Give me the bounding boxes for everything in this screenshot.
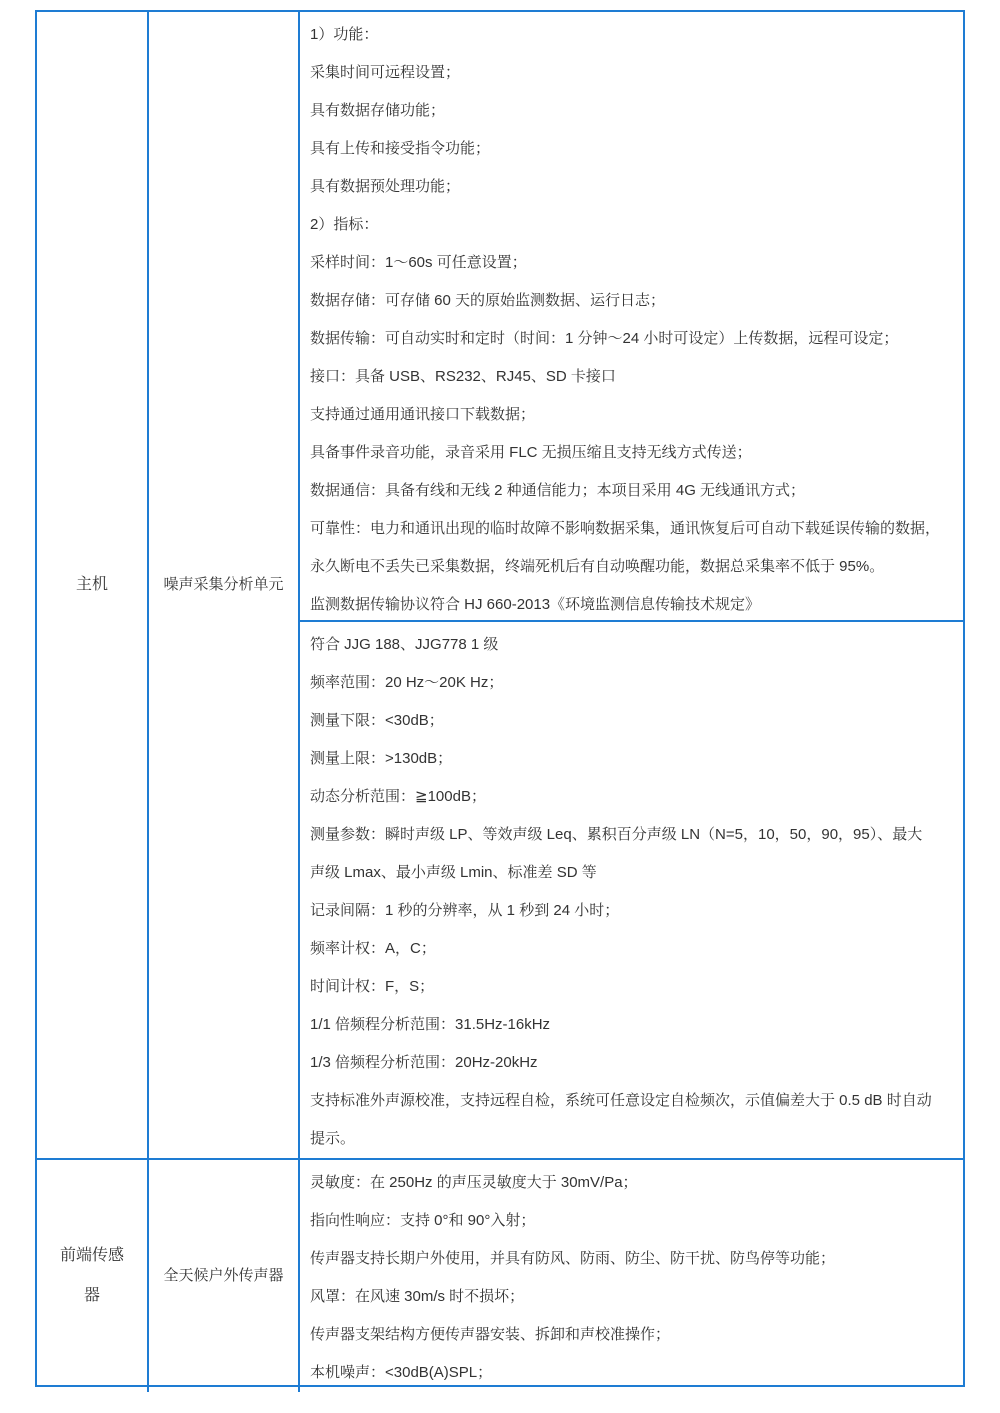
spec-line: 1）功能： <box>310 16 951 54</box>
spec-cell-function-indicators: 1）功能：采集时间可远程设置；具有数据存储功能；具有上传和接受指令功能；具有数据… <box>300 12 963 622</box>
spec-line: 频率范围：20 Hz～20K Hz； <box>310 664 951 702</box>
component-label-noise-unit: 噪声采集分析单元 <box>163 574 283 596</box>
spec-line: 指向性响应：支持 0°和 90°入射； <box>310 1202 951 1240</box>
spec-line: 传声器支持长期户外使用，并具有防风、防雨、防尘、防干扰、防鸟停等功能； <box>310 1240 951 1278</box>
spec-line: 采样时间：1～60s 可任意设置； <box>310 244 951 282</box>
spec-cell-performance: 符合 JJG 188、JJG778 1 级频率范围：20 Hz～20K Hz；测… <box>300 622 963 1158</box>
spec-line: 记录间隔：1 秒的分辨率，从 1 秒到 24 小时； <box>310 892 951 930</box>
component-cell-noise-unit: 噪声采集分析单元 <box>149 12 300 1158</box>
spec-line: 2）指标： <box>310 206 951 244</box>
spec-line: 1/3 倍频程分析范围：20Hz-20kHz <box>310 1044 951 1082</box>
component-label-outdoor-mic: 全天候户外传声器 <box>163 1265 283 1287</box>
spec-line: 数据存储：可存储 60 天的原始监测数据、运行日志； <box>310 282 951 320</box>
spec-column-mainframe: 1）功能：采集时间可远程设置；具有数据存储功能；具有上传和接受指令功能；具有数据… <box>300 12 963 1158</box>
spec-line: 数据通信：具备有线和无线 2 种通信能力；本项目采用 4G 无线通讯方式； <box>310 472 951 510</box>
spec-line: 1/1 倍频程分析范围：31.5Hz-16kHz <box>310 1006 951 1044</box>
spec-line: 具有数据存储功能； <box>310 92 951 130</box>
spec-line: 灵敏度：在 250Hz 的声压灵敏度大于 30mV/Pa； <box>310 1164 951 1202</box>
category-label-mainframe: 主机 <box>76 565 108 605</box>
spec-cell-microphone: 灵敏度：在 250Hz 的声压灵敏度大于 30mV/Pa；指向性响应：支持 0°… <box>300 1160 963 1392</box>
spec-line: 可靠性：电力和通讯出现的临时故障不影响数据采集，通讯恢复后可自动下载延误传输的数… <box>310 510 951 548</box>
table-row-mainframe: 主机 噪声采集分析单元 1）功能：采集时间可远程设置；具有数据存储功能；具有上传… <box>37 12 963 1160</box>
component-cell-outdoor-mic: 全天候户外传声器 <box>149 1160 300 1392</box>
spec-table: 主机 噪声采集分析单元 1）功能：采集时间可远程设置；具有数据存储功能；具有上传… <box>35 10 965 1387</box>
spec-line: 测量下限：<30dB； <box>310 702 951 740</box>
spec-line: 具有数据预处理功能； <box>310 168 951 206</box>
spec-line: 支持标准外声源校准，支持远程自检，系统可任意设定自检频次，示值偏差大于 0.5 … <box>310 1082 951 1120</box>
spec-line: 风罩：在风速 30m/s 时不损坏； <box>310 1278 951 1316</box>
spec-line: 传声器支架结构方便传声器安装、拆卸和声校准操作； <box>310 1316 951 1354</box>
spec-line: 声级 Lmax、最小声级 Lmin、标准差 SD 等 <box>310 854 951 892</box>
spec-line: 时间计权：F，S； <box>310 968 951 1006</box>
spec-column-front-sensor: 灵敏度：在 250Hz 的声压灵敏度大于 30mV/Pa；指向性响应：支持 0°… <box>300 1160 963 1392</box>
spec-line: 本机噪声：<30dB(A)SPL； <box>310 1354 951 1392</box>
spec-line: 具备事件录音功能，录音采用 FLC 无损压缩且支持无线方式传送； <box>310 434 951 472</box>
spec-line: 数据传输：可自动实时和定时（时间：1 分钟～24 小时可设定）上传数据，远程可设… <box>310 320 951 358</box>
spec-line: 具有上传和接受指令功能； <box>310 130 951 168</box>
spec-line: 监测数据传输协议符合 HJ 660-2013《环境监测信息传输技术规定》 <box>310 586 951 622</box>
category-label-front-sensor: 前端传感器 <box>57 1236 127 1316</box>
table-row-front-sensor: 前端传感器 全天候户外传声器 灵敏度：在 250Hz 的声压灵敏度大于 30mV… <box>37 1160 963 1392</box>
category-cell-front-sensor: 前端传感器 <box>37 1160 149 1392</box>
spec-line: 采集时间可远程设置； <box>310 54 951 92</box>
spec-line: 支持通过通用通讯接口下载数据； <box>310 396 951 434</box>
spec-line: 永久断电不丢失已采集数据，终端死机后有自动唤醒功能，数据总采集率不低于 95%。 <box>310 548 951 586</box>
spec-line: 频率计权：A，C； <box>310 930 951 968</box>
document-page: 主机 噪声采集分析单元 1）功能：采集时间可远程设置；具有数据存储功能；具有上传… <box>0 0 1000 1413</box>
spec-line: 测量上限：>130dB； <box>310 740 951 778</box>
spec-line: 动态分析范围：≧100dB； <box>310 778 951 816</box>
spec-line: 提示。 <box>310 1120 951 1158</box>
spec-line: 测量参数：瞬时声级 LP、等效声级 Leq、累积百分声级 LN（N=5，10，5… <box>310 816 951 854</box>
category-cell-mainframe: 主机 <box>37 12 149 1158</box>
spec-line: 接口：具备 USB、RS232、RJ45、SD 卡接口 <box>310 358 951 396</box>
spec-line: 符合 JJG 188、JJG778 1 级 <box>310 626 951 664</box>
